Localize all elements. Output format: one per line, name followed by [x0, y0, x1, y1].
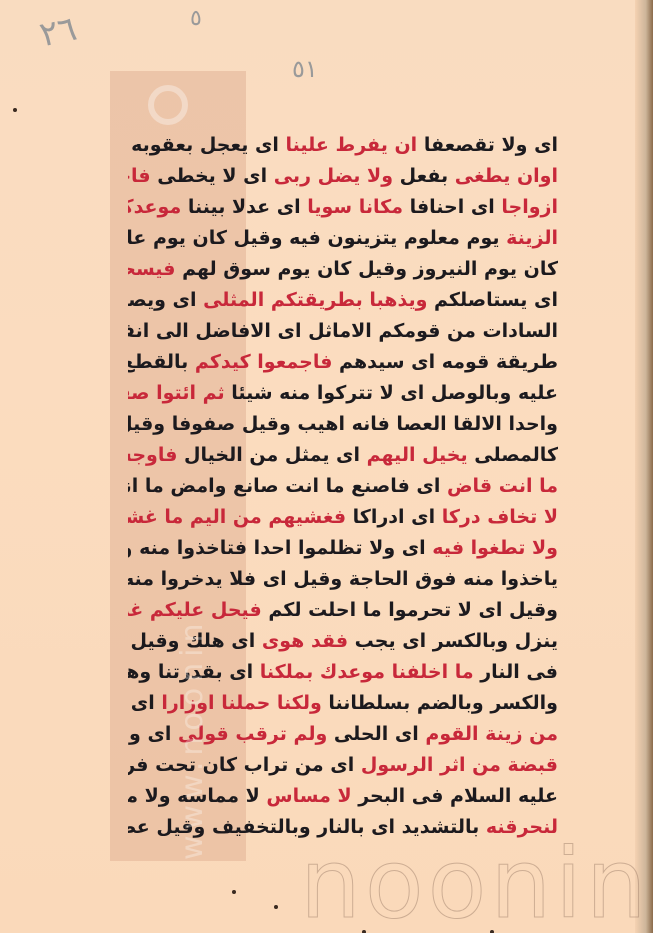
body-text: يوم معلوم يتزينون فيه وقيل كان يوم عاشور… [128, 227, 500, 249]
manuscript-line: طريقة قومه اى سيدهم فاجمعوا كيدكم بالقطع… [128, 347, 558, 378]
rubricated-text: فاجمعوا كيدكم [188, 351, 332, 373]
body-text: فى النار [474, 661, 558, 683]
body-text: عليه وبالوصل اى لا تتركوا منه شيئا [225, 382, 558, 404]
body-text: بالقطع اى اعزموا [128, 351, 188, 373]
page-binding-edge [635, 0, 653, 933]
manuscript-line: واحدا الالقا العصا فانه اهيب وقيل صفوفا … [128, 409, 558, 440]
body-text: اى ولا تقصعفا [417, 134, 558, 156]
pencil-mark-left: ٢٦ [36, 9, 80, 56]
body-text: اى لا يخطى [151, 165, 267, 187]
rubricated-text: فيسحتكم بعذاب [128, 258, 175, 280]
manuscript-line: لا تخاف دركا اى ادراكا فغشيهم من اليم ما… [128, 502, 558, 533]
rubricated-text: ثم ائتوا صفا [128, 382, 225, 404]
rubricated-text: اوان يطغى [448, 165, 558, 187]
rubricated-text: ما اخلفنا موعدك بملكنا [253, 661, 474, 683]
body-text: والكسر وبالضم بسلطاننا [322, 692, 558, 714]
rubricated-text: ويذهبا بطريقتكم المثلى [196, 289, 427, 311]
watermark-bottom-text: noonin [300, 828, 651, 933]
manuscript-line: ما انت قاض اى فاصنع ما انت صانع وامض ما … [128, 471, 558, 502]
body-text: اى يمثل من الخيال [177, 444, 360, 466]
body-text: طريقة قومه اى سيدهم [332, 351, 558, 373]
ink-speck [274, 905, 278, 909]
manuscript-line: ازواجا اى احنافا مكانا سويا اى عدلا بينن… [128, 192, 558, 223]
rubricated-text: ولا تطغوا فيه [426, 537, 558, 559]
body-text: بفعل [393, 165, 448, 187]
body-text: اى ويصرفا وجوه [128, 289, 196, 311]
rubricated-text: الزينة [500, 227, 559, 249]
body-text: اى يستاصلكم [427, 289, 558, 311]
rubricated-text: فغشيهم من اليم ما غشيهم [128, 506, 346, 528]
manuscript-line: كالمصلى يخيل اليهم اى يمثل من الخيال فاو… [128, 440, 558, 471]
manuscript-line: السادات من قومكم الاماثل اى الافاضل الى … [128, 316, 558, 347]
manuscript-line: اى يستاصلكم ويذهبا بطريقتكم المثلى اى وي… [128, 285, 558, 316]
manuscript-line: كان يوم النيروز وقيل كان يوم سوق لهم فيس… [128, 254, 558, 285]
body-text: اى احنافا [403, 196, 495, 218]
body-text: وقيل اى لا تحرموا ما احلت لكم [262, 599, 558, 621]
body-text: عليه السلام فى البحر [352, 785, 558, 807]
rubricated-text: فاوجس [128, 444, 177, 466]
body-text: كان يوم النيروز وقيل كان يوم سوق لهم [175, 258, 558, 280]
rubricated-text: يخيل اليهم [360, 444, 468, 466]
manuscript-line: ولا تطغوا فيه اى ولا تظلموا احدا فتاخذوا… [128, 533, 558, 564]
body-text: ياخذوا منه فوق الحاجة وقيل اى فلا يدخروا… [128, 568, 558, 590]
body-text: اى من تراب كان تحت فرس جبريل [128, 754, 354, 776]
manuscript-line: الزينة يوم معلوم يتزينون فيه وقيل كان يو… [128, 223, 558, 254]
rubricated-text: ازواجا [495, 196, 558, 218]
rubricated-text: ان يفرط علينا [279, 134, 417, 156]
watermark-logo-icon [148, 85, 188, 125]
ink-speck [13, 108, 17, 112]
rubricated-text: فاخرجنا به [128, 165, 151, 187]
rubricated-text: ما انت قاض [440, 475, 558, 497]
manuscript-line: ياخذوا منه فوق الحاجة وقيل اى فلا يدخروا… [128, 564, 558, 595]
body-text: اى ولم تحفظ [128, 723, 171, 745]
manuscript-line: اوان يطغى بفعل ولا يضل ربى اى لا يخطى فا… [128, 161, 558, 192]
body-text: اى عدلا بيننا [181, 196, 300, 218]
body-text: اى ادراكا [346, 506, 435, 528]
body-text: كالمصلى [468, 444, 558, 466]
body-text: ينزل وبالكسر اى يجب [348, 630, 558, 652]
watermark-vertical-text: www.noonin [175, 618, 210, 860]
rubricated-text: موعدكم يوم [128, 196, 181, 218]
body-text: السادات من قومكم الاماثل اى الافاضل الى … [128, 320, 558, 342]
rubricated-text: من زينة القوم [419, 723, 558, 745]
pencil-mark-middle: ٥ [190, 6, 202, 31]
body-text: اى الحلى [327, 723, 418, 745]
manuscript-line: عليه وبالوصل اى لا تتركوا منه شيئا ثم ائ… [128, 378, 558, 409]
rubricated-text: لا تخاف دركا [435, 506, 558, 528]
body-text: اى فاصنع ما انت صانع وامض ما انت ماض [128, 475, 440, 497]
ink-speck [232, 890, 236, 894]
body-text: واحدا الالقا العصا فانه اهيب وقيل صفوفا … [128, 413, 558, 435]
rubricated-text: قبضة من اثر الرسول [354, 754, 558, 776]
rubricated-text: مكانا سويا [301, 196, 403, 218]
rubricated-text: ولا يضل ربى [267, 165, 393, 187]
body-text: اى ولا تظلموا احدا فتاخذوا منه وقيل اى ف… [128, 537, 426, 559]
body-text: اى اثقالا [128, 692, 155, 714]
folio-number: ٥١ [292, 55, 318, 83]
manuscript-line: اى ولا تقصعفا ان يفرط علينا اى يعجل بعقو… [128, 130, 558, 161]
rubricated-text: لا مساس [260, 785, 352, 807]
body-text: اى يعجل بعقوبه وقيل بقول [128, 134, 279, 156]
rubricated-text: فقد هوى [255, 630, 348, 652]
